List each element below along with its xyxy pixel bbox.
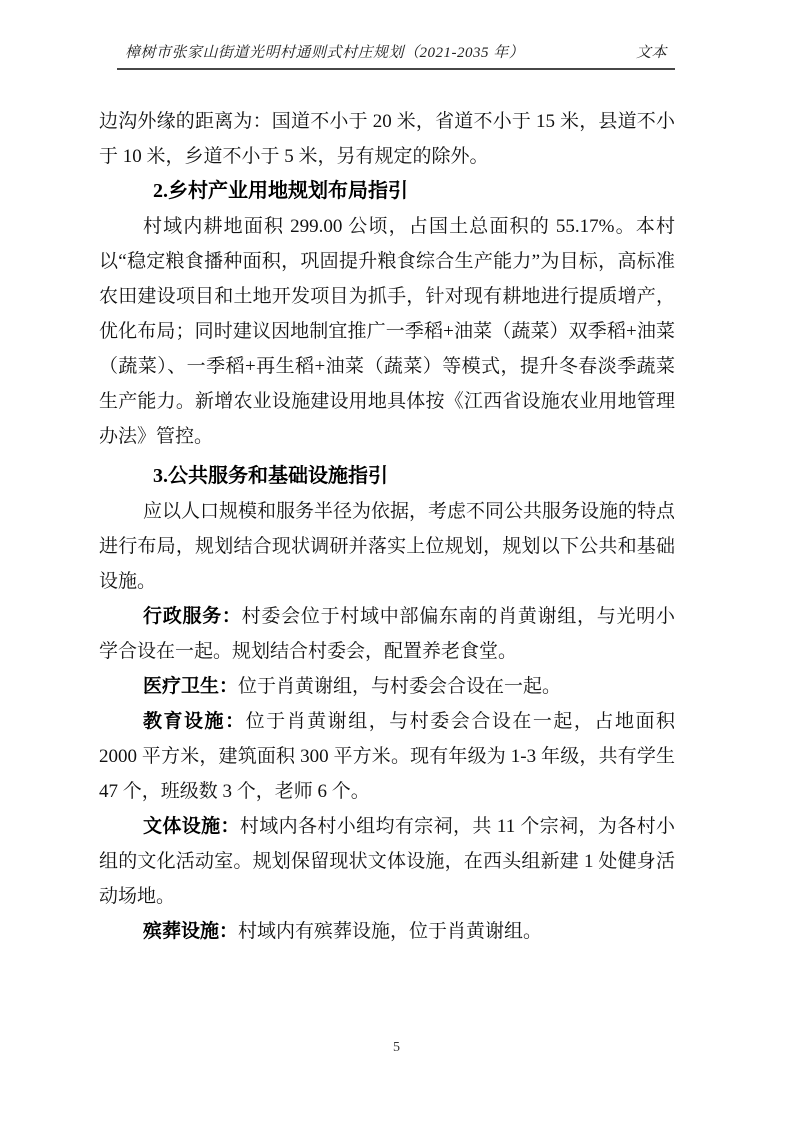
paragraph-farmland: 村域内耕地面积 299.00 公顷，占国土总面积的 55.17%。本村以“稳定粮… [99,209,675,454]
document-page: 樟树市张家山街道光明村通则式村庄规划（2021-2035 年） 文本 边沟外缘的… [0,0,793,1122]
facility-label-culture: 文体设施： [143,816,240,837]
facility-text-medical: 位于肖黄谢组，与村委会合设在一起。 [238,676,561,697]
document-body: 边沟外缘的距离为：国道不小于 20 米，省道不小于 15 米，县道不小于 10 … [99,104,675,949]
heading-public-services: 3.公共服务和基础设施指引 [99,459,675,494]
paragraph-admin-services: 行政服务：村委会位于村域中部偏东南的肖黄谢组，与光明小学合设在一起。规划结合村委… [99,599,675,669]
header-doc-type: 文本 [636,44,667,62]
facility-label-medical: 医疗卫生： [143,676,238,697]
paragraph-service-principles: 应以人口规模和服务半径为依据，考虑不同公共服务设施的特点进行布局，规划结合现状调… [99,494,675,599]
heading-industry-land-use: 2.乡村产业用地规划布局指引 [99,174,675,209]
facility-label-funeral: 殡葬设施： [143,921,238,942]
paragraph-road-setback: 边沟外缘的距离为：国道不小于 20 米，省道不小于 15 米，县道不小于 10 … [99,104,675,174]
facility-label-admin: 行政服务： [143,606,242,627]
facility-text-funeral: 村域内有殡葬设施，位于肖黄谢组。 [238,921,542,942]
paragraph-medical-health: 医疗卫生：位于肖黄谢组，与村委会合设在一起。 [99,669,675,704]
facility-label-education: 教育设施： [143,711,246,732]
page-footer: 5 [0,1038,793,1058]
paragraph-culture-sports: 文体设施：村域内各村小组均有宗祠，共 11 个宗祠，为各村小组的文化活动室。规划… [99,809,675,914]
paragraph-funeral: 殡葬设施：村域内有殡葬设施，位于肖黄谢组。 [99,914,675,949]
paragraph-education: 教育设施：位于肖黄谢组，与村委会合设在一起，占地面积 2000 平方米，建筑面积… [99,704,675,809]
page-header: 樟树市张家山街道光明村通则式村庄规划（2021-2035 年） 文本 [117,44,675,70]
header-title: 樟树市张家山街道光明村通则式村庄规划（2021-2035 年） [125,44,524,62]
page-number: 5 [393,1040,400,1055]
